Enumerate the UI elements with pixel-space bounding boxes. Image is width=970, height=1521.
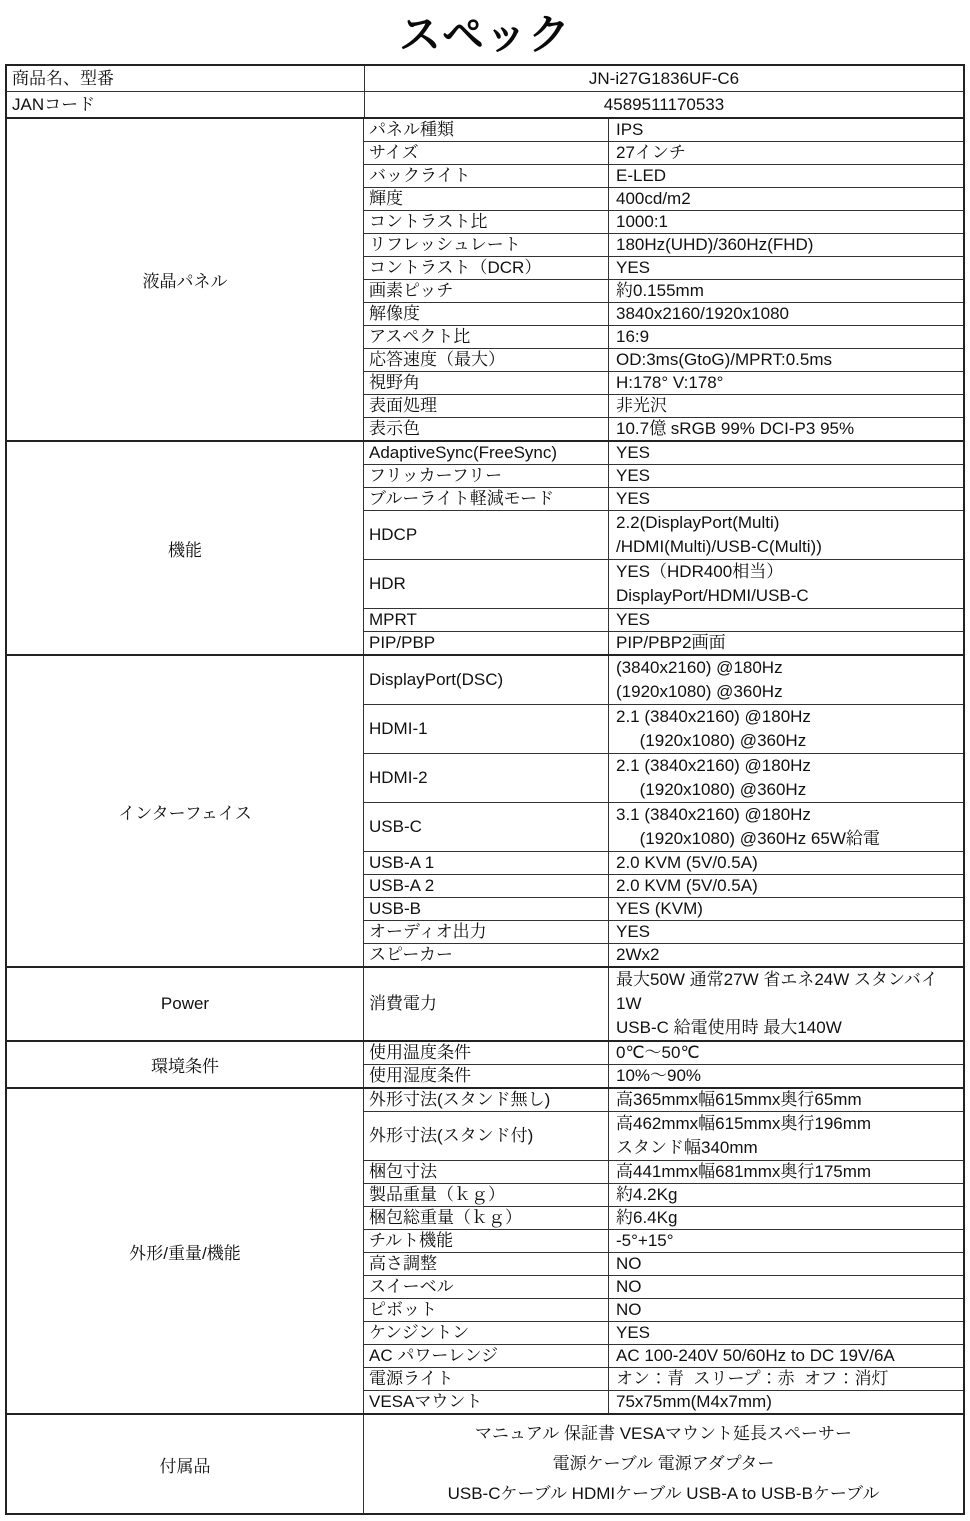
spec-value-line: 75x75mm(M4x7mm) bbox=[616, 1391, 959, 1413]
spec-value-line: USB-Cケーブル HDMIケーブル USB-A to USB-Bケーブル bbox=[372, 1479, 955, 1509]
spec-value-line: 2.0 KVM (5V/0.5A) bbox=[616, 852, 959, 874]
spec-value-line: IPS bbox=[616, 119, 959, 141]
spec-row: AC パワーレンジAC 100-240V 50/60Hz to DC 19V/6… bbox=[364, 1344, 963, 1367]
spec-value: AC 100-240V 50/60Hz to DC 19V/6A bbox=[609, 1345, 963, 1367]
spec-value-line: マニュアル 保証書 VESAマウント延長スペーサー bbox=[372, 1419, 955, 1449]
spec-label: 梱包総重量（ｋｇ） bbox=[364, 1207, 609, 1229]
category-cell: 環境条件 bbox=[7, 1042, 364, 1087]
spec-value-line: 3840x2160/1920x1080 bbox=[616, 303, 959, 325]
spec-value-line: 高462mmx幅615mmx奥行196mm bbox=[616, 1112, 959, 1136]
spec-label: 電源ライト bbox=[364, 1368, 609, 1390]
spec-value-line: 1000:1 bbox=[616, 211, 959, 233]
spec-row: 高さ調整NO bbox=[364, 1252, 963, 1275]
spec-label: 解像度 bbox=[364, 303, 609, 325]
spec-value-line: E-LED bbox=[616, 165, 959, 187]
header-row-label: JANコード bbox=[7, 92, 365, 117]
spec-value: 約6.4Kg bbox=[609, 1207, 963, 1229]
spec-label: HDR bbox=[364, 560, 609, 608]
spec-value-line: 10%～90% bbox=[616, 1065, 959, 1087]
spec-value: 3.1 (3840x2160) @180Hz (1920x1080) @360H… bbox=[609, 803, 963, 851]
spec-value-line: 高365mmx幅615mmx奥行65mm bbox=[616, 1089, 959, 1111]
spec-label: 表示色 bbox=[364, 418, 609, 440]
spec-label: ブルーライト軽減モード bbox=[364, 488, 609, 510]
spec-label: 表面処理 bbox=[364, 395, 609, 417]
spec-value: 非光沢 bbox=[609, 395, 963, 417]
spec-value-line: 約6.4Kg bbox=[616, 1207, 959, 1229]
spec-row: USB-C3.1 (3840x2160) @180Hz (1920x1080) … bbox=[364, 802, 963, 851]
spec-value-line: USB-C 給電使用時 最大140W bbox=[616, 1016, 959, 1040]
spec-value: YES bbox=[609, 257, 963, 279]
spec-label: スイーベル bbox=[364, 1276, 609, 1298]
spec-label: 応答速度（最大） bbox=[364, 349, 609, 371]
spec-row: ケンジントンYES bbox=[364, 1321, 963, 1344]
spec-value-line: YES bbox=[616, 609, 959, 631]
spec-value: 最大50W 通常27W 省エネ24W スタンバイ1WUSB-C 給電使用時 最大… bbox=[609, 968, 963, 1040]
spec-value: 2.2(DisplayPort(Multi)/HDMI(Multi)/USB-C… bbox=[609, 511, 963, 559]
spec-value: YES bbox=[609, 609, 963, 631]
category-cell: 外形/重量/機能 bbox=[7, 1089, 364, 1413]
spec-value-line: 2.0 KVM (5V/0.5A) bbox=[616, 875, 959, 897]
section-rows: マニュアル 保証書 VESAマウント延長スペーサー電源ケーブル 電源アダプターU… bbox=[364, 1415, 963, 1513]
spec-value-line: オン：青 スリープ：赤 オフ：消灯 bbox=[616, 1368, 959, 1390]
spec-value-line: 2Wx2 bbox=[616, 944, 959, 966]
spec-value-line: 約0.155mm bbox=[616, 280, 959, 302]
spec-value: OD:3ms(GtoG)/MPRT:0.5ms bbox=[609, 349, 963, 371]
spec-row: 表示色10.7億 sRGB 99% DCI-P3 95% bbox=[364, 417, 963, 440]
spec-row: DisplayPort(DSC)(3840x2160) @180Hz(1920x… bbox=[364, 656, 963, 704]
spec-value-line: (1920x1080) @360Hz bbox=[616, 729, 959, 753]
spec-row: フリッカーフリーYES bbox=[364, 464, 963, 487]
spec-value: YES bbox=[609, 465, 963, 487]
spec-value-line: (1920x1080) @360Hz bbox=[616, 680, 959, 704]
category-cell: インターフェイス bbox=[7, 656, 364, 966]
spec-row: ブルーライト軽減モードYES bbox=[364, 487, 963, 510]
spec-row: 外形寸法(スタンド無し)高365mmx幅615mmx奥行65mm bbox=[364, 1089, 963, 1111]
spec-value: 75x75mm(M4x7mm) bbox=[609, 1391, 963, 1413]
spec-row: 画素ピッチ約0.155mm bbox=[364, 279, 963, 302]
spec-label: HDMI-2 bbox=[364, 754, 609, 802]
spec-value-line: 0℃～50℃ bbox=[616, 1042, 959, 1064]
spec-value: YES（HDR400相当）DisplayPort/HDMI/USB-C bbox=[609, 560, 963, 608]
spec-value: 0℃～50℃ bbox=[609, 1042, 963, 1064]
spec-label: 画素ピッチ bbox=[364, 280, 609, 302]
spec-value-line: YES（HDR400相当） bbox=[616, 560, 959, 584]
spec-label: リフレッシュレート bbox=[364, 234, 609, 256]
spec-value-line: YES bbox=[616, 1322, 959, 1344]
spec-value-line: 高441mmx幅681mmx奥行175mm bbox=[616, 1161, 959, 1183]
spec-value: 2Wx2 bbox=[609, 944, 963, 966]
jan-code-row: JANコード4589511170533 bbox=[7, 91, 963, 117]
spec-value-line: 27インチ bbox=[616, 142, 959, 164]
spec-label: USB-A 1 bbox=[364, 852, 609, 874]
spec-row: HDMI-22.1 (3840x2160) @180Hz (1920x1080)… bbox=[364, 753, 963, 802]
spec-row: 表面処理非光沢 bbox=[364, 394, 963, 417]
header-row-value: 4589511170533 bbox=[365, 92, 963, 117]
spec-label: コントラスト（DCR） bbox=[364, 257, 609, 279]
spec-row: AdaptiveSync(FreeSync)YES bbox=[364, 442, 963, 464]
spec-row: USB-A 22.0 KVM (5V/0.5A) bbox=[364, 874, 963, 897]
spec-label: サイズ bbox=[364, 142, 609, 164]
spec-label: USB-B bbox=[364, 898, 609, 920]
spec-label: 輝度 bbox=[364, 188, 609, 210]
spec-value-line: NO bbox=[616, 1299, 959, 1321]
spec-value: 高365mmx幅615mmx奥行65mm bbox=[609, 1089, 963, 1111]
spec-section: 付属品マニュアル 保証書 VESAマウント延長スペーサー電源ケーブル 電源アダプ… bbox=[7, 1413, 963, 1513]
spec-value-line: 電源ケーブル 電源アダプター bbox=[372, 1449, 955, 1479]
spec-label: USB-C bbox=[364, 803, 609, 851]
spec-value-line: YES bbox=[616, 488, 959, 510]
spec-value-line: YES bbox=[616, 465, 959, 487]
spec-value: 400cd/m2 bbox=[609, 188, 963, 210]
spec-value-line: 非光沢 bbox=[616, 395, 959, 417]
spec-row: 視野角H:178° V:178° bbox=[364, 371, 963, 394]
spec-value-line: 最大50W 通常27W 省エネ24W スタンバイ1W bbox=[616, 968, 959, 1016]
spec-section: Power消費電力最大50W 通常27W 省エネ24W スタンバイ1WUSB-C… bbox=[7, 966, 963, 1040]
spec-value: オン：青 スリープ：赤 オフ：消灯 bbox=[609, 1368, 963, 1390]
spec-value-line: -5°+15° bbox=[616, 1230, 959, 1252]
spec-value-line: YES bbox=[616, 257, 959, 279]
spec-label: 消費電力 bbox=[364, 968, 609, 1040]
spec-row: USB-A 12.0 KVM (5V/0.5A) bbox=[364, 851, 963, 874]
spec-table: 商品名、型番JN-i27G1836UF-C6JANコード458951117053… bbox=[5, 64, 965, 1515]
spec-value: 高441mmx幅681mmx奥行175mm bbox=[609, 1161, 963, 1183]
spec-value-line: /HDMI(Multi)/USB-C(Multi)) bbox=[616, 535, 959, 559]
spec-row: スイーベルNO bbox=[364, 1275, 963, 1298]
spec-row: マニュアル 保証書 VESAマウント延長スペーサー電源ケーブル 電源アダプターU… bbox=[364, 1415, 963, 1513]
spec-value-line: YES bbox=[616, 442, 959, 464]
spec-row: コントラスト（DCR）YES bbox=[364, 256, 963, 279]
spec-row: USB-BYES (KVM) bbox=[364, 897, 963, 920]
spec-label: パネル種類 bbox=[364, 119, 609, 141]
spec-label: HDCP bbox=[364, 511, 609, 559]
spec-value: 1000:1 bbox=[609, 211, 963, 233]
spec-row: オーディオ出力YES bbox=[364, 920, 963, 943]
spec-value-line: (3840x2160) @180Hz bbox=[616, 656, 959, 680]
spec-label: AC パワーレンジ bbox=[364, 1345, 609, 1367]
section-rows: パネル種類IPSサイズ27インチバックライトE-LED輝度400cd/m2コント… bbox=[364, 119, 963, 440]
spec-row: バックライトE-LED bbox=[364, 164, 963, 187]
spec-value: NO bbox=[609, 1299, 963, 1321]
spec-row: リフレッシュレート180Hz(UHD)/360Hz(FHD) bbox=[364, 233, 963, 256]
spec-row: コントラスト比1000:1 bbox=[364, 210, 963, 233]
section-rows: 外形寸法(スタンド無し)高365mmx幅615mmx奥行65mm外形寸法(スタン… bbox=[364, 1089, 963, 1413]
spec-value: YES bbox=[609, 488, 963, 510]
spec-label: VESAマウント bbox=[364, 1391, 609, 1413]
spec-value-line: NO bbox=[616, 1276, 959, 1298]
spec-label: 使用湿度条件 bbox=[364, 1065, 609, 1087]
spec-section: 環境条件使用温度条件0℃～50℃使用湿度条件10%～90% bbox=[7, 1040, 963, 1087]
spec-value: YES bbox=[609, 1322, 963, 1344]
spec-value: 16:9 bbox=[609, 326, 963, 348]
spec-value: 2.0 KVM (5V/0.5A) bbox=[609, 852, 963, 874]
spec-label: スピーカー bbox=[364, 944, 609, 966]
spec-label: 視野角 bbox=[364, 372, 609, 394]
spec-label: コントラスト比 bbox=[364, 211, 609, 233]
spec-value-line: 10.7億 sRGB 99% DCI-P3 95% bbox=[616, 418, 959, 440]
spec-label: オーディオ出力 bbox=[364, 921, 609, 943]
spec-value: 180Hz(UHD)/360Hz(FHD) bbox=[609, 234, 963, 256]
spec-value: YES bbox=[609, 442, 963, 464]
spec-value: 3840x2160/1920x1080 bbox=[609, 303, 963, 325]
spec-section: 機能AdaptiveSync(FreeSync)YESフリッカーフリーYESブル… bbox=[7, 440, 963, 654]
spec-value-line: 3.1 (3840x2160) @180Hz bbox=[616, 803, 959, 827]
spec-value: NO bbox=[609, 1253, 963, 1275]
spec-row: 梱包寸法高441mmx幅681mmx奥行175mm bbox=[364, 1160, 963, 1183]
spec-row: 使用温度条件0℃～50℃ bbox=[364, 1042, 963, 1064]
spec-value: NO bbox=[609, 1276, 963, 1298]
spec-value-line: YES (KVM) bbox=[616, 898, 959, 920]
section-rows: DisplayPort(DSC)(3840x2160) @180Hz(1920x… bbox=[364, 656, 963, 966]
spec-value: 約0.155mm bbox=[609, 280, 963, 302]
category-cell: Power bbox=[7, 968, 364, 1040]
category-cell: 機能 bbox=[7, 442, 364, 654]
spec-label: ピボット bbox=[364, 1299, 609, 1321]
spec-value: PIP/PBP2画面 bbox=[609, 632, 963, 654]
spec-label: PIP/PBP bbox=[364, 632, 609, 654]
spec-row: HDRYES（HDR400相当）DisplayPort/HDMI/USB-C bbox=[364, 559, 963, 608]
spec-value: IPS bbox=[609, 119, 963, 141]
spec-value: H:178° V:178° bbox=[609, 372, 963, 394]
spec-value: 2.1 (3840x2160) @180Hz (1920x1080) @360H… bbox=[609, 705, 963, 753]
category-cell: 付属品 bbox=[7, 1415, 364, 1513]
spec-value-line: YES bbox=[616, 921, 959, 943]
spec-value: 10.7億 sRGB 99% DCI-P3 95% bbox=[609, 418, 963, 440]
spec-sheet-page: スペック 商品名、型番JN-i27G1836UF-C6JANコード4589511… bbox=[0, 0, 970, 1515]
spec-label: 外形寸法(スタンド無し) bbox=[364, 1089, 609, 1111]
spec-label: バックライト bbox=[364, 165, 609, 187]
spec-row: HDCP2.2(DisplayPort(Multi)/HDMI(Multi)/U… bbox=[364, 510, 963, 559]
spec-label: MPRT bbox=[364, 609, 609, 631]
spec-value-line: 16:9 bbox=[616, 326, 959, 348]
header-row-label: 商品名、型番 bbox=[7, 66, 365, 91]
spec-value-line: 2.1 (3840x2160) @180Hz bbox=[616, 705, 959, 729]
spec-value-line: 約4.2Kg bbox=[616, 1184, 959, 1206]
section-rows: 消費電力最大50W 通常27W 省エネ24W スタンバイ1WUSB-C 給電使用… bbox=[364, 968, 963, 1040]
spec-value-line: (1920x1080) @360Hz bbox=[616, 778, 959, 802]
spec-row: 解像度3840x2160/1920x1080 bbox=[364, 302, 963, 325]
spec-value-line: PIP/PBP2画面 bbox=[616, 632, 959, 654]
category-cell: 液晶パネル bbox=[7, 119, 364, 440]
spec-row: チルト機能-5°+15° bbox=[364, 1229, 963, 1252]
spec-row: ピボットNO bbox=[364, 1298, 963, 1321]
spec-row: アスペクト比16:9 bbox=[364, 325, 963, 348]
spec-value-line: AC 100-240V 50/60Hz to DC 19V/6A bbox=[616, 1345, 959, 1367]
spec-section: 外形/重量/機能外形寸法(スタンド無し)高365mmx幅615mmx奥行65mm… bbox=[7, 1087, 963, 1413]
spec-value-line: (1920x1080) @360Hz 65W給電 bbox=[616, 827, 959, 851]
spec-label: USB-A 2 bbox=[364, 875, 609, 897]
spec-label: フリッカーフリー bbox=[364, 465, 609, 487]
spec-label: DisplayPort(DSC) bbox=[364, 656, 609, 704]
spec-row: スピーカー2Wx2 bbox=[364, 943, 963, 966]
spec-value: YES bbox=[609, 921, 963, 943]
spec-row: 外形寸法(スタンド付)高462mmx幅615mmx奥行196mmスタンド幅340… bbox=[364, 1111, 963, 1160]
spec-section: インターフェイスDisplayPort(DSC)(3840x2160) @180… bbox=[7, 654, 963, 966]
spec-row: 製品重量（ｋｇ）約4.2Kg bbox=[364, 1183, 963, 1206]
spec-label: ケンジントン bbox=[364, 1322, 609, 1344]
spec-value: 2.0 KVM (5V/0.5A) bbox=[609, 875, 963, 897]
spec-label: AdaptiveSync(FreeSync) bbox=[364, 442, 609, 464]
spec-value: -5°+15° bbox=[609, 1230, 963, 1252]
spec-value-line: 400cd/m2 bbox=[616, 188, 959, 210]
spec-value: 27インチ bbox=[609, 142, 963, 164]
spec-value-line: スタンド幅340mm bbox=[616, 1136, 959, 1160]
spec-value-line: NO bbox=[616, 1253, 959, 1275]
spec-value: 約4.2Kg bbox=[609, 1184, 963, 1206]
spec-value-line: DisplayPort/HDMI/USB-C bbox=[616, 584, 959, 608]
header-row-value: JN-i27G1836UF-C6 bbox=[365, 66, 963, 91]
spec-value: 2.1 (3840x2160) @180Hz (1920x1080) @360H… bbox=[609, 754, 963, 802]
spec-row: MPRTYES bbox=[364, 608, 963, 631]
page-title-area: スペック bbox=[0, 0, 970, 64]
spec-label: 製品重量（ｋｇ） bbox=[364, 1184, 609, 1206]
spec-value: YES (KVM) bbox=[609, 898, 963, 920]
spec-value-line: 2.1 (3840x2160) @180Hz bbox=[616, 754, 959, 778]
spec-section: 液晶パネルパネル種類IPSサイズ27インチバックライトE-LED輝度400cd/… bbox=[7, 117, 963, 440]
spec-row: PIP/PBPPIP/PBP2画面 bbox=[364, 631, 963, 654]
spec-value: (3840x2160) @180Hz(1920x1080) @360Hz bbox=[609, 656, 963, 704]
spec-value: E-LED bbox=[609, 165, 963, 187]
spec-value-line: H:178° V:178° bbox=[616, 372, 959, 394]
spec-label: チルト機能 bbox=[364, 1230, 609, 1252]
spec-value: マニュアル 保証書 VESAマウント延長スペーサー電源ケーブル 電源アダプターU… bbox=[364, 1415, 963, 1513]
spec-label: HDMI-1 bbox=[364, 705, 609, 753]
spec-row: 使用湿度条件10%～90% bbox=[364, 1064, 963, 1087]
spec-label: 外形寸法(スタンド付) bbox=[364, 1112, 609, 1160]
spec-row: 電源ライトオン：青 スリープ：赤 オフ：消灯 bbox=[364, 1367, 963, 1390]
spec-value-line: 180Hz(UHD)/360Hz(FHD) bbox=[616, 234, 959, 256]
product-name-row: 商品名、型番JN-i27G1836UF-C6 bbox=[7, 66, 963, 91]
spec-value-line: OD:3ms(GtoG)/MPRT:0.5ms bbox=[616, 349, 959, 371]
spec-value: 高462mmx幅615mmx奥行196mmスタンド幅340mm bbox=[609, 1112, 963, 1160]
spec-value-line: 2.2(DisplayPort(Multi) bbox=[616, 511, 959, 535]
spec-label: アスペクト比 bbox=[364, 326, 609, 348]
spec-row: HDMI-12.1 (3840x2160) @180Hz (1920x1080)… bbox=[364, 704, 963, 753]
page-title: スペック bbox=[399, 2, 571, 62]
spec-row: 消費電力最大50W 通常27W 省エネ24W スタンバイ1WUSB-C 給電使用… bbox=[364, 968, 963, 1040]
spec-label: 高さ調整 bbox=[364, 1253, 609, 1275]
spec-row: サイズ27インチ bbox=[364, 141, 963, 164]
section-rows: AdaptiveSync(FreeSync)YESフリッカーフリーYESブルーラ… bbox=[364, 442, 963, 654]
spec-row: 輝度400cd/m2 bbox=[364, 187, 963, 210]
spec-row: 応答速度（最大）OD:3ms(GtoG)/MPRT:0.5ms bbox=[364, 348, 963, 371]
spec-row: パネル種類IPS bbox=[364, 119, 963, 141]
spec-row: 梱包総重量（ｋｇ）約6.4Kg bbox=[364, 1206, 963, 1229]
spec-label: 使用温度条件 bbox=[364, 1042, 609, 1064]
spec-row: VESAマウント75x75mm(M4x7mm) bbox=[364, 1390, 963, 1413]
spec-label: 梱包寸法 bbox=[364, 1161, 609, 1183]
section-rows: 使用温度条件0℃～50℃使用湿度条件10%～90% bbox=[364, 1042, 963, 1087]
spec-value: 10%～90% bbox=[609, 1065, 963, 1087]
